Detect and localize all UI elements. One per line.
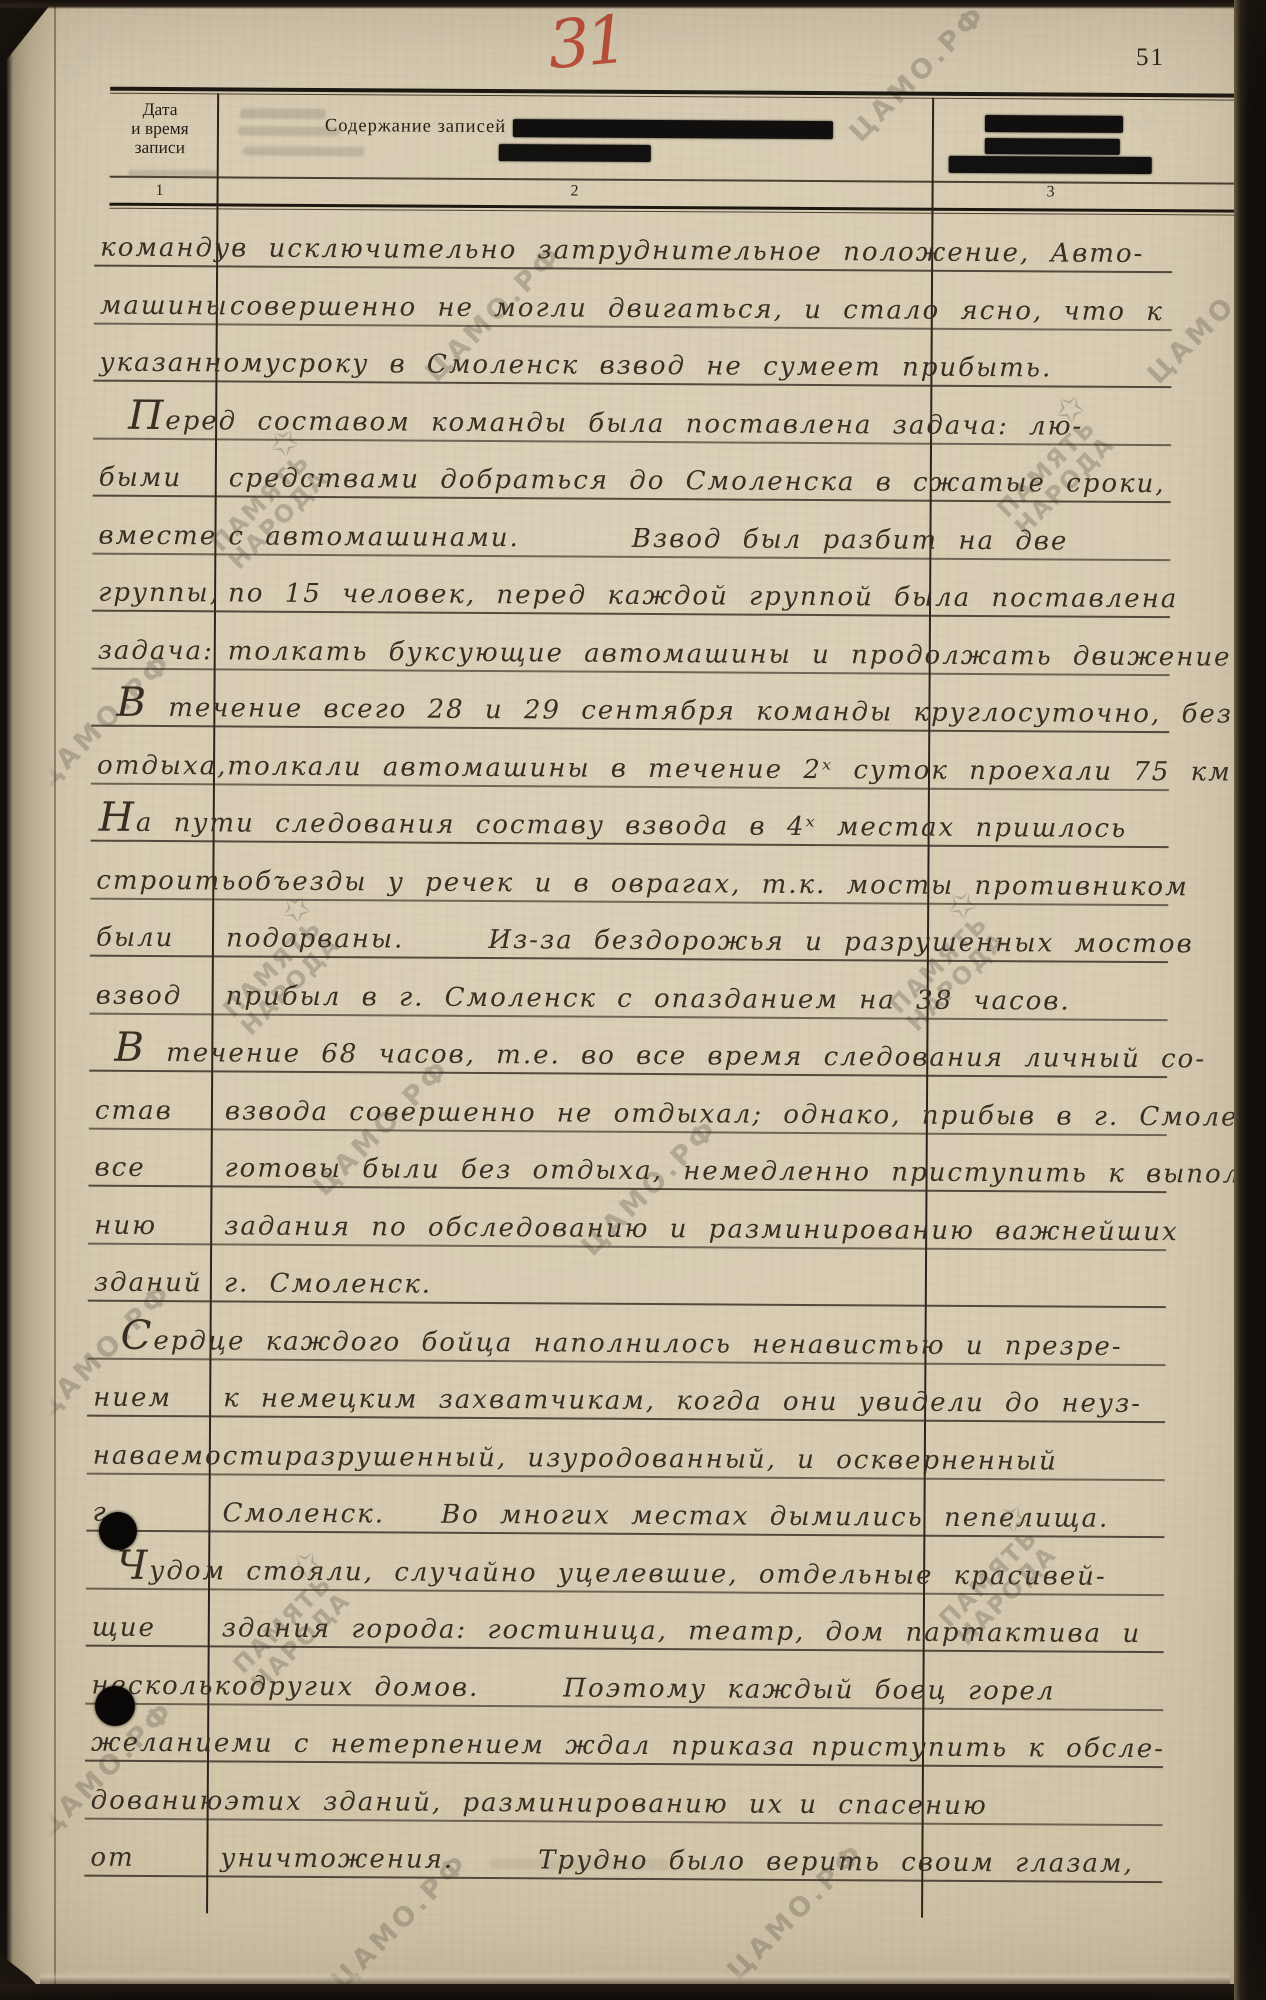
entry-margin-word: став <box>89 1097 225 1128</box>
entry-margin-word: наваемости <box>87 1442 285 1473</box>
entry-text: Перед составом команды была поставлена з… <box>128 400 1083 443</box>
redaction-bar <box>985 115 1123 133</box>
scan-edge-top <box>0 0 1266 9</box>
handwritten-page-number: 31 <box>545 1 627 84</box>
entry-line: На пути следования составу взвода в 4ˣ м… <box>91 783 1169 849</box>
entry-text: этих зданий, разминированию их и спасени… <box>224 1788 988 1823</box>
redaction-bar <box>949 156 1152 174</box>
scan-edge-right <box>1234 0 1266 2000</box>
journal-table: Дата и время записи Содержание записей 1… <box>0 0 1266 2000</box>
redaction-bar <box>499 144 651 162</box>
entry-text: других домов. Поэтому каждый боец горел <box>249 1673 1055 1708</box>
entry-line: отдыха,толкали автомашины в течение 2ˣ с… <box>91 725 1169 791</box>
entry-text: Сердце каждого бойца наполнилось ненавис… <box>120 1320 1122 1363</box>
entry-line: зданийг. Смоленск. <box>88 1243 1166 1309</box>
entry-text: средствами добраться до Смоленска в сжат… <box>229 465 1166 501</box>
entry-margin-word: дованию <box>85 1787 225 1818</box>
entry-margin-word: машины <box>94 292 230 323</box>
entry-text: с автомашинами. Взвод был разбит на две <box>228 523 1068 558</box>
page-crease <box>54 0 56 2000</box>
entry-text: Смоленск. Во многих местах дымились пепе… <box>222 1500 1109 1535</box>
column-header-date: Дата и время записи <box>103 100 217 158</box>
entry-margin-word: взвод <box>90 982 226 1013</box>
redaction-bar <box>513 119 833 139</box>
entry-line: вместес автомашинами. Взвод был разбит н… <box>92 495 1170 561</box>
entry-margin-word: все <box>88 1155 224 1186</box>
punch-hole <box>99 1512 137 1550</box>
scan-edge-bottom <box>0 1984 1266 2000</box>
column-header-content: Содержание записей <box>325 116 506 138</box>
entry-line: В течение всего 28 и 29 сентября команды… <box>91 668 1169 734</box>
entry-margin-word: желанием <box>85 1730 255 1761</box>
column-number-3: 3 <box>933 183 1169 202</box>
entry-line: былиподорваны. Из-за бездорожья и разруш… <box>90 898 1168 964</box>
entry-margin-word: отдыха, <box>91 752 228 783</box>
ink-bleed-smudge <box>243 147 365 157</box>
entry-text: к немецким захватчикам, когда они увидел… <box>223 1385 1142 1421</box>
entry-line: Перед составом команды была поставлена з… <box>93 380 1171 446</box>
ink-bleed-smudge <box>240 108 326 119</box>
entry-text: разрушенный, изуродованный, и оскверненн… <box>285 1443 1058 1478</box>
entry-margin-word: вместе <box>92 522 228 553</box>
entry-line: бымисредствами добраться до Смоленска в … <box>93 438 1171 504</box>
scan-edge-left <box>0 0 58 2000</box>
entry-line: отуничтожения. Трудно было верить своим … <box>84 1818 1162 1884</box>
entry-line: наваемостиразрушенный, изуродованный, и … <box>87 1415 1165 1481</box>
entry-line: Сердце каждого бойца наполнилось ненавис… <box>87 1300 1165 1366</box>
entry-margin-word: строить <box>90 867 237 898</box>
header-line: записи <box>103 138 217 158</box>
entry-text: На пути следования составу взвода в 4ˣ м… <box>99 803 1128 846</box>
entry-margin-word: нием <box>87 1385 223 1416</box>
entry-line: щиездания города: гостиница, театр, дом … <box>86 1588 1164 1654</box>
entry-text: г. Смоленск. <box>224 1270 432 1301</box>
entry-text: В течение 68 часов, т.е. во все время сл… <box>114 1033 1206 1077</box>
punch-hole <box>95 1686 135 1726</box>
entry-text: сроку в Смоленск взвод не сумеет прибыть… <box>282 351 1053 386</box>
entry-line: ниемк немецким захватчикам, когда они ув… <box>87 1358 1165 1424</box>
ink-bleed-smudge <box>238 126 340 136</box>
entry-text: совершенно не могли двигаться, и стало я… <box>230 293 1164 329</box>
page-edge-curl <box>40 1971 1230 1984</box>
entry-text: Чудом стояли, случайно уцелевшие, отдель… <box>116 1550 1107 1593</box>
entry-margin-word: были <box>90 925 226 956</box>
entry-line: всеготовы были без отдыха, немедленно пр… <box>88 1128 1166 1194</box>
entry-line: г.Смоленск. Во многих местах дымились пе… <box>86 1473 1164 1539</box>
entry-text: в исключительно затруднительное положени… <box>231 235 1144 271</box>
archive-sheet-number: 51 <box>1136 44 1165 72</box>
entry-line: строитьобъезды у речек и в оврагах, т.к.… <box>90 840 1168 906</box>
entry-text: В течение всего 28 и 29 сентября команды… <box>116 688 1233 732</box>
entry-line: взводприбыл в г. Смоленск с опазданием н… <box>90 955 1168 1021</box>
header-line: Дата <box>103 100 217 120</box>
entry-margin-word: зданий <box>88 1270 224 1301</box>
entry-line: Чудом стояли, случайно уцелевшие, отдель… <box>86 1530 1164 1596</box>
entry-margin-word: от <box>84 1845 220 1876</box>
entry-text: здания города: гостиница, театр, дом пар… <box>222 1615 1142 1651</box>
entry-margin-word: задача: <box>92 637 228 668</box>
entry-line: дованиюэтих зданий, разминированию их и … <box>85 1760 1163 1826</box>
entry-line: указанномусроку в Смоленск взвод не суме… <box>93 323 1171 389</box>
entry-line: задача:толкать буксующие автомашины и пр… <box>92 610 1170 676</box>
entry-text: и с нетерпением ждал приказа приступить … <box>255 1731 1165 1767</box>
entry-margin-word: щие <box>86 1615 222 1646</box>
entry-text: уничтожения. Трудно было верить своим гл… <box>220 1845 1134 1881</box>
entry-margin-word: указанному <box>93 350 282 381</box>
entry-text: прибыл в г. Смоленск с опазданием на 38 … <box>226 983 1071 1018</box>
entry-line: несколькодругих домов. Поэтому каждый бо… <box>85 1645 1163 1711</box>
entry-margin-word: быми <box>93 465 229 496</box>
entry-line: В течение 68 часов, т.е. во все время сл… <box>89 1013 1167 1079</box>
entry-line: группы,по 15 человек, перед каждой групп… <box>92 553 1170 619</box>
redaction-bar <box>985 138 1120 155</box>
entry-margin-word: группы, <box>92 580 228 611</box>
column-number-1: 1 <box>103 182 217 201</box>
entry-line: ниюзадания по обследованию и разминирова… <box>88 1185 1166 1251</box>
entry-line: машинысовершенно не могли двигаться, и с… <box>94 265 1172 331</box>
entry-line: командув исключительно затруднительное п… <box>94 208 1172 274</box>
entry-margin-word: нию <box>88 1212 224 1243</box>
entry-line: желаниеми с нетерпением ждал приказа при… <box>85 1703 1163 1769</box>
column-number-2: 2 <box>218 180 932 202</box>
entry-line: ставвзвода совершенно не отдыхал; однако… <box>89 1070 1167 1136</box>
ink-bleed-smudge <box>128 170 218 179</box>
entry-margin-word: команду <box>94 235 231 266</box>
header-line: и время <box>103 119 217 139</box>
document-scan: ЦАМО.РФЦАМО.РФЦАМО.РФЦАМО.РФЦАМО.РФПАМЯТ… <box>0 0 1266 2000</box>
